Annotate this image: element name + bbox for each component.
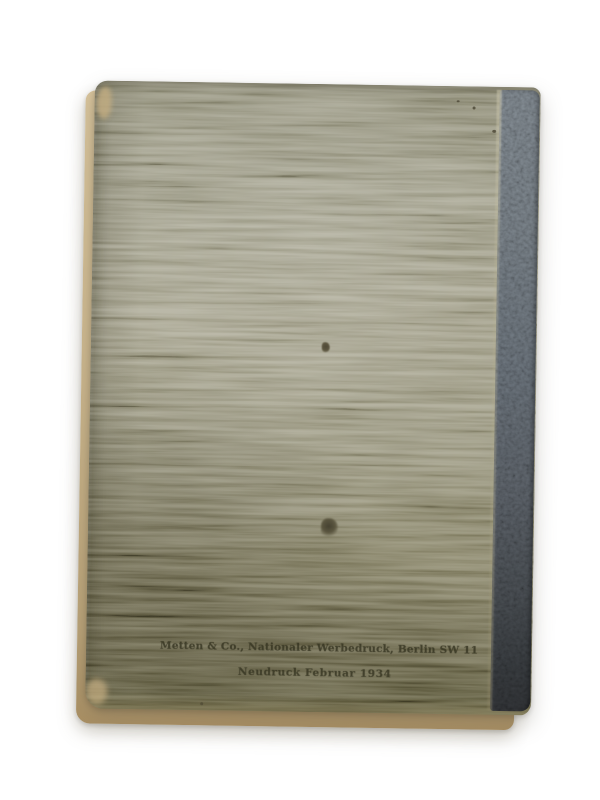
printer-imprint: Metten & Co., Nationaler Werbedruck, Ber… [85, 81, 541, 716]
corner-wear-top-left [96, 87, 112, 119]
stain-speck [457, 100, 460, 102]
imprint-line-1: Metten & Co., Nationaler Werbedruck, Ber… [160, 640, 478, 657]
stain-speck [473, 106, 476, 109]
photo-background: Metten & Co., Nationaler Werbedruck, Ber… [0, 0, 600, 800]
book-back-cover: Metten & Co., Nationaler Werbedruck, Ber… [85, 81, 541, 716]
cloth-texture [85, 81, 541, 716]
ink-spot [322, 342, 330, 352]
smudge-mark [321, 518, 338, 537]
book: Metten & Co., Nationaler Werbedruck, Ber… [85, 81, 541, 716]
imprint-line-2: Neudruck Februar 1934 [238, 666, 392, 680]
